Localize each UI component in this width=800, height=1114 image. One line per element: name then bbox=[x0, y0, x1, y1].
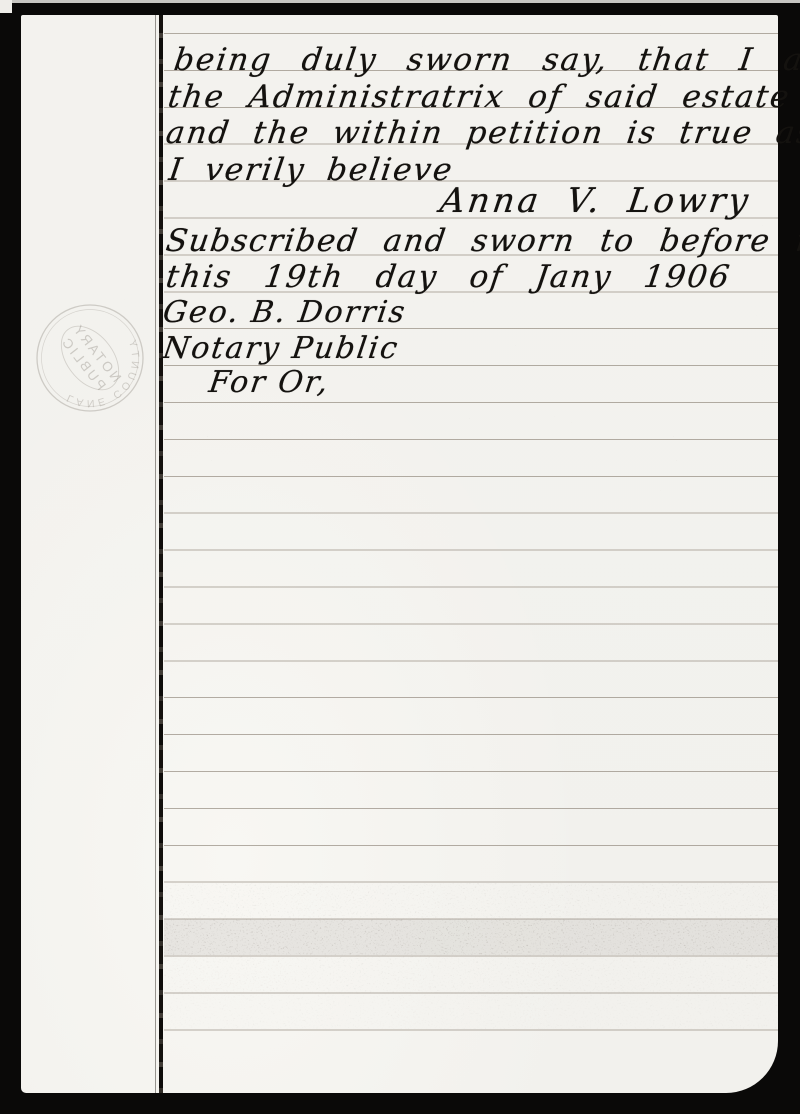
scanned-document-page: NOTARY PUBLIC LANE COUNTY being duly swo… bbox=[0, 0, 800, 1114]
jurat-line-1: Subscribed and sworn to before me bbox=[164, 226, 800, 257]
jurat-line-2: this 19th day of Jany 1906 bbox=[164, 262, 733, 293]
handwriting-line-2: the Administratrix of said estate bbox=[166, 82, 793, 113]
notary-jurisdiction: For Or, bbox=[207, 368, 332, 398]
handwriting-line-3: and the within petition is true as bbox=[164, 118, 800, 149]
scan-top-edge-strip bbox=[0, 0, 800, 3]
affiant-signature: Anna V. Lowry bbox=[438, 184, 753, 218]
handwriting-line-1: being duly sworn say, that I am bbox=[172, 45, 800, 76]
notary-signature: Geo. B. Dorris bbox=[161, 298, 408, 328]
notary-seal-icon: NOTARY PUBLIC LANE COUNTY bbox=[28, 298, 152, 422]
scan-corner-notch bbox=[0, 0, 12, 13]
notary-title: Notary Public bbox=[161, 334, 401, 364]
binding-gutter-line bbox=[159, 15, 163, 1093]
smudge-band bbox=[164, 919, 778, 955]
binding-gutter-line-thin bbox=[155, 15, 156, 1093]
handwriting-line-4: I verily believe bbox=[167, 155, 456, 186]
